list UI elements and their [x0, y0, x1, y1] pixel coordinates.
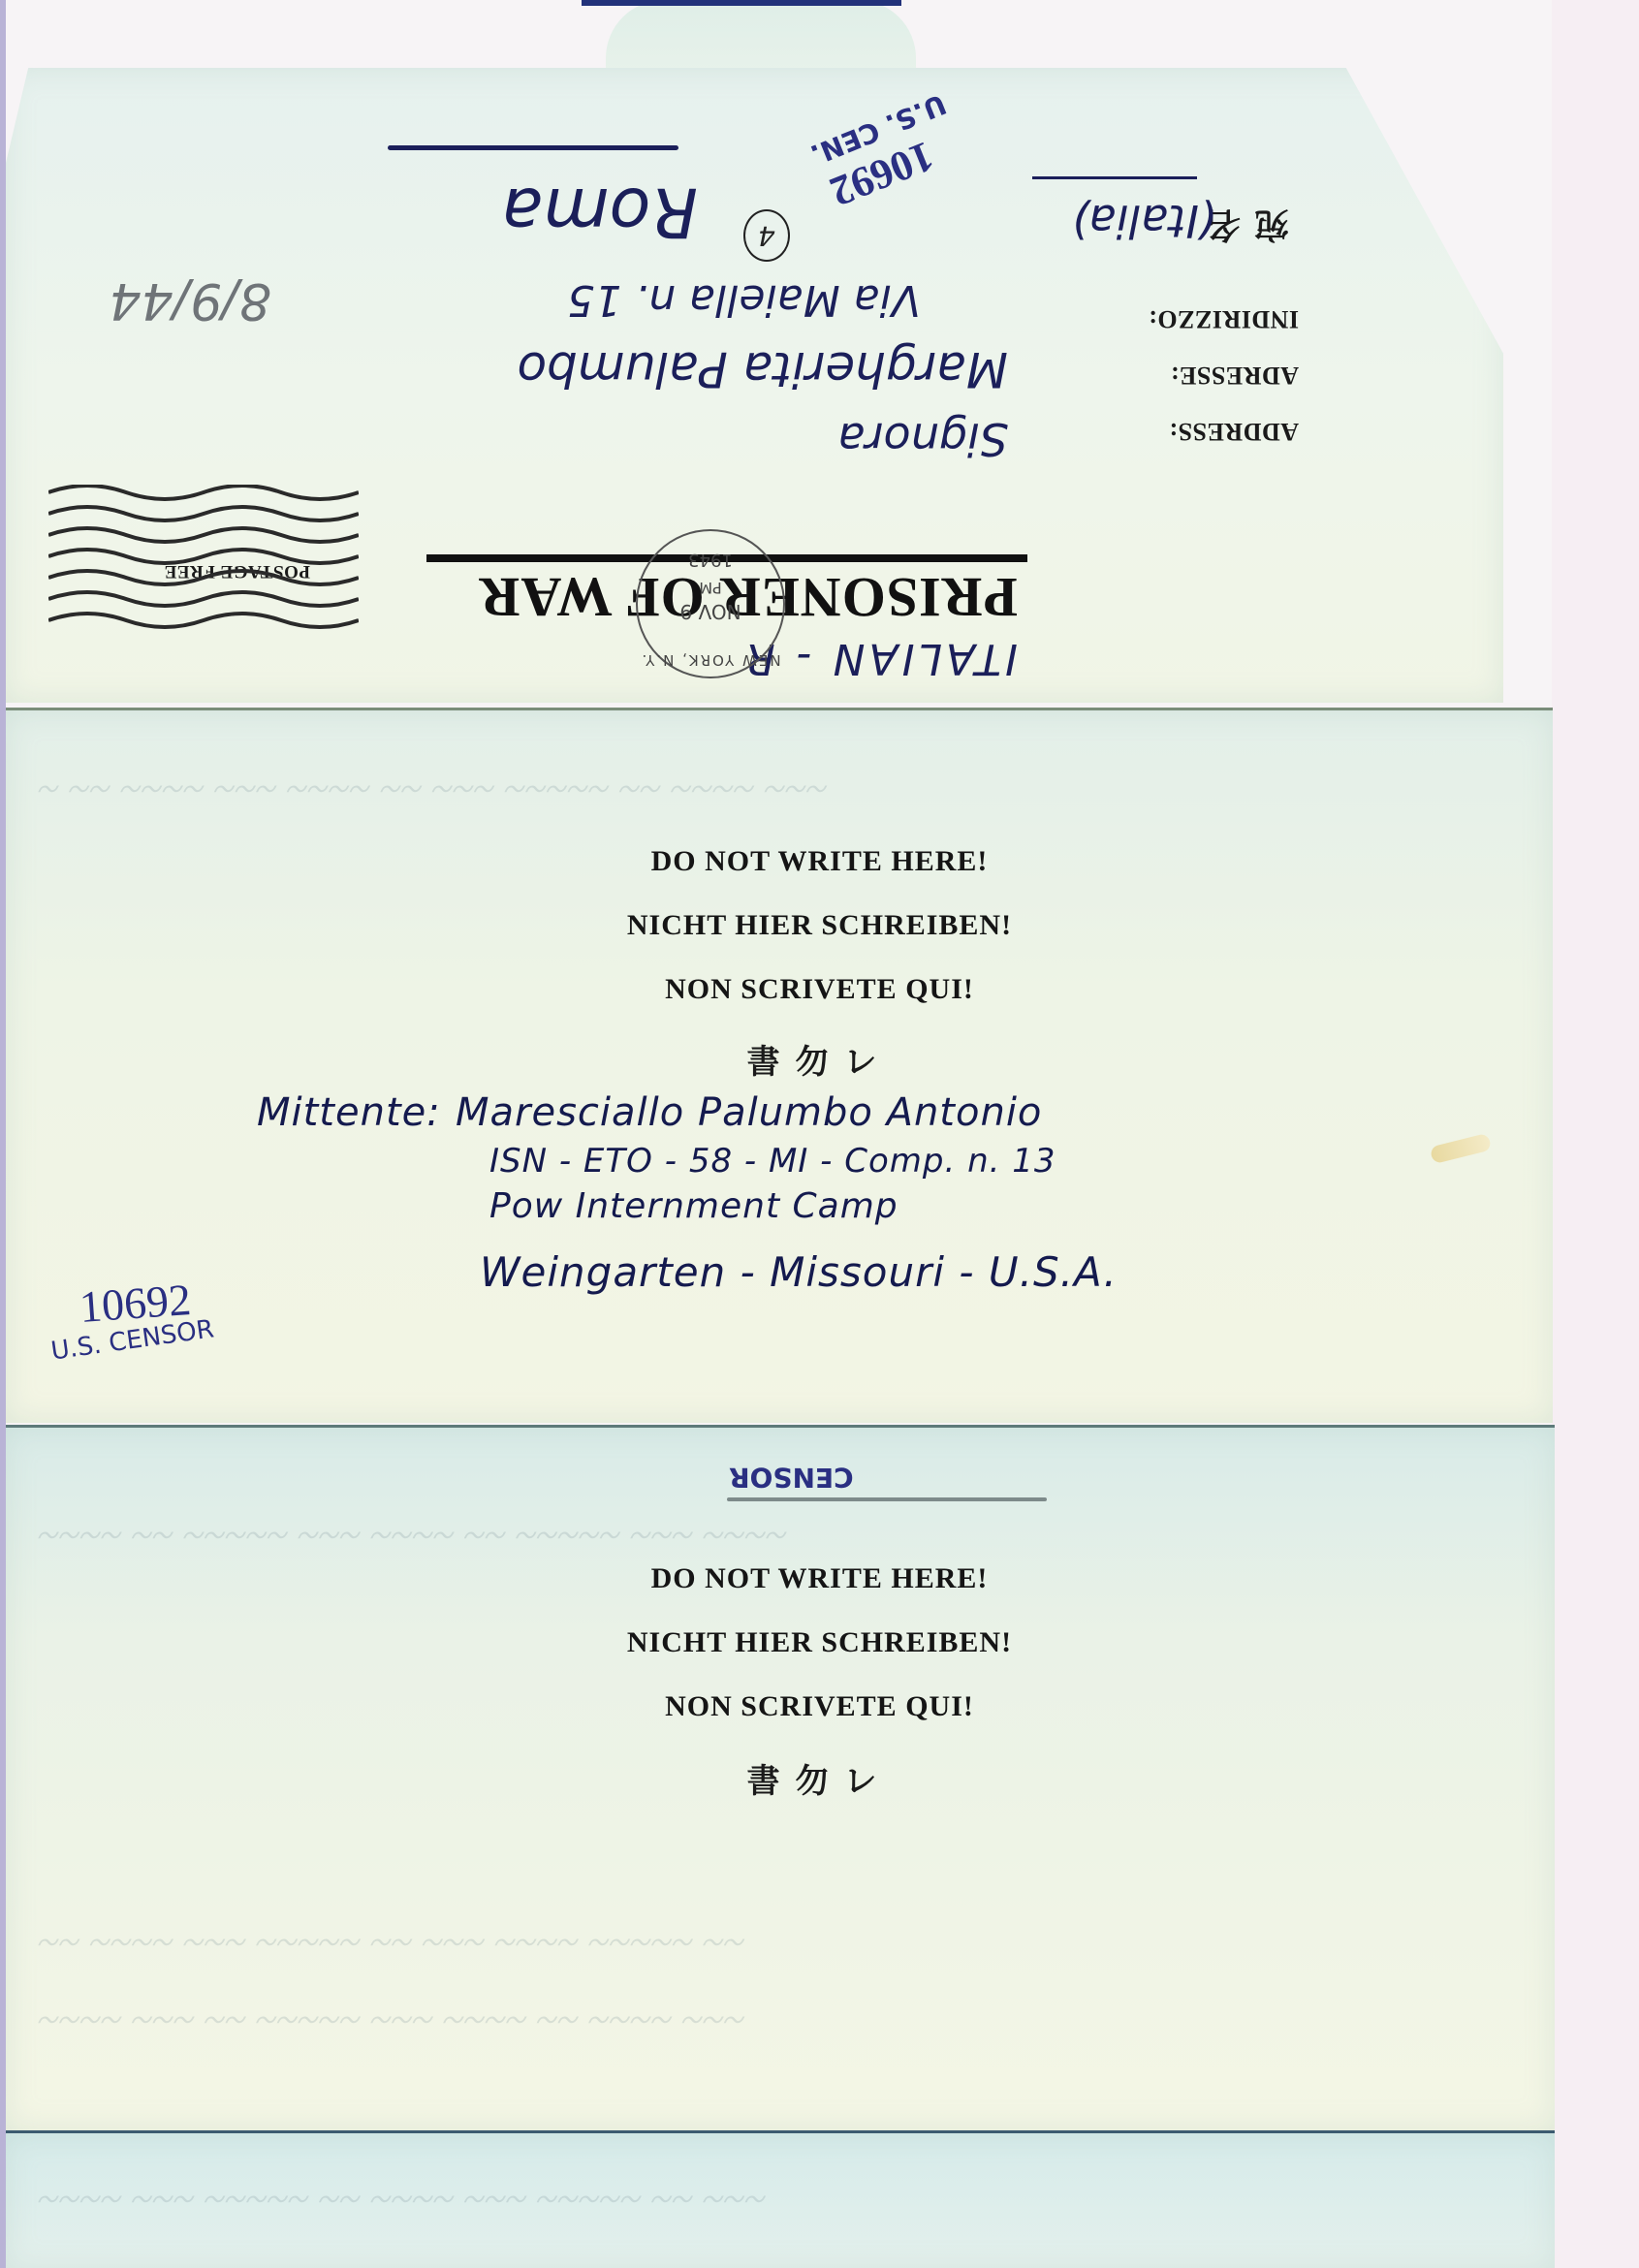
notice-english-2: DO NOT WRITE HERE! — [0, 1562, 1639, 1595]
tab-edge — [582, 0, 901, 6]
bleed-through-text: ~ ~~ ~~~~ ~~~ ~~~~ ~~ ~~~ ~~~~~ ~~ ~~~~ … — [33, 766, 1499, 804]
address-label-it: INDIRIZZO: — [1149, 304, 1299, 333]
envelope-face: ADDRESS: ADRESSE: INDIRIZZO: 宛名 Signora … — [39, 68, 1473, 688]
scan-background — [1552, 0, 1639, 2268]
sender-serial: ISN - ETO - 58 - MI - Comp. n. 13 — [489, 1142, 1056, 1181]
bleed-through-text: ~~~~ ~~ ~~~~~ ~~~ ~~~~ ~~ ~~~~~ ~~~ ~~~~ — [33, 1512, 1499, 1551]
postmark-city: NEW YORK, N.Y. — [638, 651, 783, 669]
notice-japanese-2: 書勿レ — [0, 1754, 1639, 1802]
recipient-city: Roma — [501, 173, 698, 252]
recipient-country: (Italia) — [1072, 195, 1216, 247]
notice-italian: NON SCRIVETE QUI! — [0, 973, 1639, 1006]
sender-location: Weingarten - Missouri - U.S.A. — [480, 1248, 1118, 1296]
tape-slit — [727, 1497, 1047, 1501]
sender-camp: Pow Internment Camp — [489, 1186, 898, 1226]
notice-german-2: NICHT HIER SCHREIBEN! — [0, 1626, 1639, 1659]
notice-japanese: 書勿レ — [0, 1035, 1639, 1083]
address-label-en: ADDRESS: — [1169, 417, 1299, 446]
city-underline — [388, 145, 678, 150]
wavy-cancellation-icon — [48, 485, 359, 630]
postmark: NEW YORK, N.Y. NOV 9 PM 1943 — [636, 529, 785, 678]
recipient-street: Via Maiella n. 15 — [567, 275, 921, 325]
bleed-through-text: ~~ ~~~~ ~~~ ~~~~~ ~~ ~~~ ~~~~ ~~~~~ ~~ — [33, 1919, 1499, 1958]
sender-label: Mittente: — [257, 1090, 441, 1135]
recipient-name: Margherita Palumbo — [517, 341, 1008, 397]
top-tab — [606, 0, 916, 78]
notice-english: DO NOT WRITE HERE! — [0, 845, 1639, 878]
bleed-through-text: ~~~~ ~~~ ~~~~~ ~~ ~~~~ ~~~ ~~~~~ ~~ ~~~ — [33, 2176, 1499, 2215]
postmark-year: 1943 — [638, 550, 783, 570]
notice-italian-2: NON SCRIVETE QUI! — [0, 1690, 1639, 1723]
circled-mark: 4 — [743, 209, 790, 262]
country-underline — [1032, 176, 1197, 179]
bleed-through-text: ~~~~ ~~~ ~~ ~~~~~ ~~~ ~~~~ ~~ ~~~~ ~~~ — [33, 1997, 1499, 2035]
sender-name: Maresciallo Palumbo Antonio — [456, 1090, 1042, 1135]
censor-stamp-partial: CENSOR — [729, 1462, 854, 1494]
address-label-fr: ADRESSE: — [1170, 361, 1299, 390]
postmark-time: PM — [638, 579, 783, 597]
recipient-salutation: Signora — [837, 413, 1008, 465]
pencil-date: 8/9/44 — [110, 271, 271, 330]
postmark-date: NOV 9 — [638, 600, 783, 623]
notice-german: NICHT HIER SCHREIBEN! — [0, 909, 1639, 942]
